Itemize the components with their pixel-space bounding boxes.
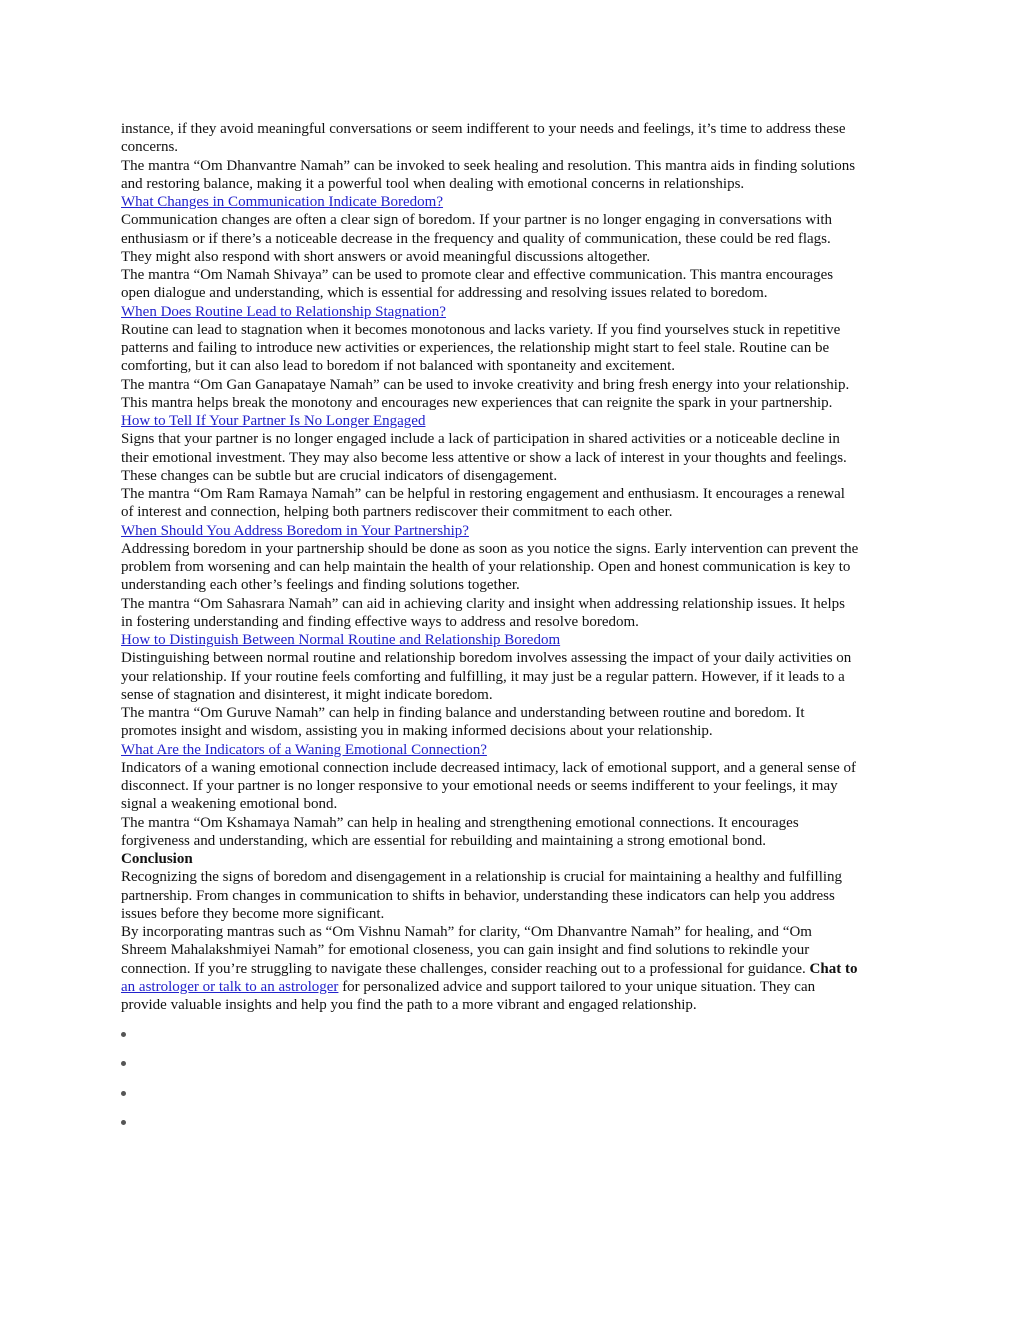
text-line: disconnect. If your partner is no longer… <box>121 777 911 795</box>
text-line: issues before they become more significa… <box>121 905 911 923</box>
text-line: The mantra “Om Dhanvantre Namah” can be … <box>121 157 911 175</box>
text-line: your relationship. If your routine feels… <box>121 668 911 686</box>
heading-link-routine-vs-boredom[interactable]: How to Distinguish Between Normal Routin… <box>121 632 560 648</box>
section-partner-not-engaged: How to Tell If Your Partner Is No Longer… <box>121 412 911 522</box>
bullet-icon <box>121 1091 126 1096</box>
text-line: By incorporating mantras such as “Om Vis… <box>121 923 911 941</box>
text-line: Shreem Mahalakshmiyei Namah” for emotion… <box>121 941 911 959</box>
text-line: The mantra “Om Sahasrara Namah” can aid … <box>121 595 911 613</box>
text-line: The mantra “Om Kshamaya Namah” can help … <box>121 814 911 832</box>
text-line: Addressing boredom in your partnership s… <box>121 540 911 558</box>
intro-mantra-paragraph: The mantra “Om Dhanvantre Namah” can be … <box>121 157 911 194</box>
text-line: signal a weakening emotional bond. <box>121 795 911 813</box>
bullet-icon <box>121 1061 126 1066</box>
document-page: instance, if they avoid meaningful conve… <box>121 120 911 1014</box>
section-waning-connection: What Are the Indicators of a Waning Emot… <box>121 741 911 851</box>
text-line: forgiveness and understanding, which are… <box>121 832 911 850</box>
intro-paragraph: instance, if they avoid meaningful conve… <box>121 120 911 157</box>
text-line: an astrologer or talk to an astrologer f… <box>121 978 911 996</box>
text-line: promotes insight and wisdom, assisting y… <box>121 722 911 740</box>
conclusion-heading: Conclusion <box>121 850 911 868</box>
text-line: The mantra “Om Guruve Namah” can help in… <box>121 704 911 722</box>
text-line: These changes can be subtle but are cruc… <box>121 467 911 485</box>
heading-link-waning-connection[interactable]: What Are the Indicators of a Waning Emot… <box>121 742 487 758</box>
section-communication-changes: What Changes in Communication Indicate B… <box>121 193 911 303</box>
text-run: for personalized advice and support tail… <box>338 979 815 995</box>
text-line: patterns and failing to introduce new ac… <box>121 339 911 357</box>
text-line: This mantra helps break the monotony and… <box>121 394 911 412</box>
text-line: understanding each other’s feelings and … <box>121 576 911 594</box>
text-line: Signs that your partner is no longer eng… <box>121 430 911 448</box>
bullet-icon <box>121 1032 126 1037</box>
section-routine-vs-boredom: How to Distinguish Between Normal Routin… <box>121 631 911 741</box>
text-line: provide valuable insights and help you f… <box>121 996 911 1014</box>
text-line: connection. If you’re struggling to navi… <box>121 960 911 978</box>
heading-link-routine-stagnation[interactable]: When Does Routine Lead to Relationship S… <box>121 304 446 320</box>
heading-link-address-boredom[interactable]: When Should You Address Boredom in Your … <box>121 523 469 539</box>
text-line: enthusiasm or if there’s a noticeable de… <box>121 230 911 248</box>
text-run: connection. If you’re struggling to navi… <box>121 961 810 977</box>
text-line: The mantra “Om Gan Ganapataye Namah” can… <box>121 376 911 394</box>
section-address-boredom: When Should You Address Boredom in Your … <box>121 522 911 632</box>
section-conclusion: Conclusion Recognizing the signs of bore… <box>121 850 911 1014</box>
text-line: of interest and connection, helping both… <box>121 503 911 521</box>
text-line: Communication changes are often a clear … <box>121 211 911 229</box>
chat-to-bold-text: Chat to <box>810 961 858 977</box>
section-routine-stagnation: When Does Routine Lead to Relationship S… <box>121 303 911 413</box>
bullet-icon <box>121 1120 126 1125</box>
text-line: concerns. <box>121 138 911 156</box>
text-line: Recognizing the signs of boredom and dis… <box>121 868 911 886</box>
text-line: They might also respond with short answe… <box>121 248 911 266</box>
astrologer-link[interactable]: an astrologer or talk to an astrologer <box>121 979 338 995</box>
text-line: their emotional investment. They may als… <box>121 449 911 467</box>
text-line: and restoring balance, making it a power… <box>121 175 911 193</box>
text-line: Distinguishing between normal routine an… <box>121 649 911 667</box>
text-line: The mantra “Om Namah Shivaya” can be use… <box>121 266 911 284</box>
text-line: Routine can lead to stagnation when it b… <box>121 321 911 339</box>
text-line: sense of stagnation and disinterest, it … <box>121 686 911 704</box>
text-line: The mantra “Om Ram Ramaya Namah” can be … <box>121 485 911 503</box>
heading-link-communication-changes[interactable]: What Changes in Communication Indicate B… <box>121 194 443 210</box>
text-line: partnership. From changes in communicati… <box>121 887 911 905</box>
text-line: problem from worsening and can help main… <box>121 558 911 576</box>
text-line: in fostering understanding and finding e… <box>121 613 911 631</box>
text-line: instance, if they avoid meaningful conve… <box>121 120 911 138</box>
heading-link-partner-not-engaged[interactable]: How to Tell If Your Partner Is No Longer… <box>121 413 425 429</box>
text-line: Indicators of a waning emotional connect… <box>121 759 911 777</box>
text-line: comforting, but it can also lead to bore… <box>121 357 911 375</box>
text-line: open dialogue and understanding, which i… <box>121 284 911 302</box>
